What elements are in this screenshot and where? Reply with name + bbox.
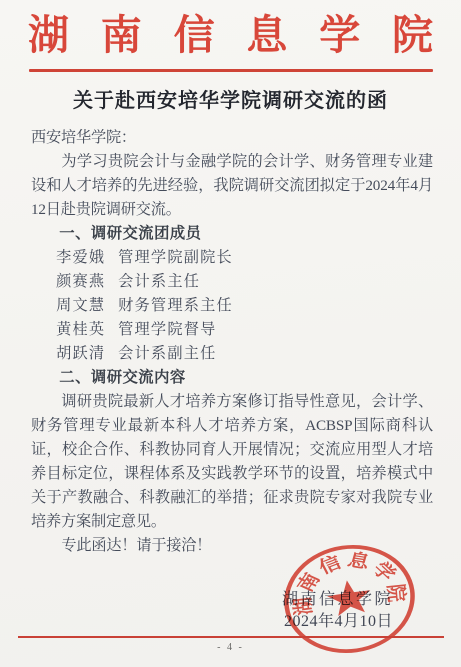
document-title: 关于赴西安培华学院调研交流的函 bbox=[0, 84, 461, 113]
letterhead-divider bbox=[29, 69, 433, 72]
letterhead-org-name: 湖南信息学院 bbox=[28, 9, 433, 61]
member-row: 黄桂英管理学院督导 bbox=[31, 318, 433, 342]
closing-line: 专此函达！请于接洽！ bbox=[31, 534, 433, 558]
scanned-letter-page: 湖南信息学院 关于赴西安培华学院调研交流的函 西安培华学院： 为学习贵院会计与金… bbox=[0, 0, 461, 667]
member-row: 李爱娥管理学院副院长 bbox=[31, 246, 433, 270]
member-role: 会计系主任 bbox=[118, 273, 200, 290]
member-row: 颜赛燕会计系主任 bbox=[31, 270, 433, 294]
member-name: 黄桂英 bbox=[56, 321, 105, 338]
paragraph-intro: 为学习贵院会计与金融学院的会计学、财务管理专业建设和人才培养的先进经验，我院调研… bbox=[31, 150, 433, 222]
member-name: 周文慧 bbox=[56, 297, 105, 314]
page-number: - 4 - bbox=[0, 642, 461, 653]
signature-date: 2024年4月10日 bbox=[282, 611, 393, 633]
section-heading-members: 一、调研交流团成员 bbox=[31, 222, 433, 246]
member-row: 胡跃清会计系副主任 bbox=[31, 342, 433, 366]
member-role: 管理学院督导 bbox=[118, 321, 216, 338]
member-row: 周文慧财务管理系主任 bbox=[31, 294, 433, 318]
salutation: 西安培华学院： bbox=[31, 126, 433, 150]
member-name: 颜赛燕 bbox=[56, 273, 105, 290]
member-role: 会计系副主任 bbox=[118, 345, 216, 362]
member-name: 胡跃清 bbox=[56, 345, 105, 362]
signature-block: 湖南信息学院 2024年4月10日 bbox=[282, 589, 393, 633]
section-heading-content: 二、调研交流内容 bbox=[31, 366, 433, 390]
letter-body: 西安培华学院： 为学习贵院会计与金融学院的会计学、财务管理专业建设和人才培养的先… bbox=[31, 126, 433, 558]
member-role: 财务管理系主任 bbox=[118, 297, 233, 314]
signature-org: 湖南信息学院 bbox=[282, 589, 393, 611]
paragraph-content: 调研贵院最新人才培养方案修订指导性意见，会计学、财务管理专业最新本科人才培养方案… bbox=[31, 390, 433, 534]
member-name: 李爱娥 bbox=[56, 249, 105, 266]
member-role: 管理学院副院长 bbox=[118, 249, 233, 266]
footer-divider bbox=[18, 636, 444, 638]
